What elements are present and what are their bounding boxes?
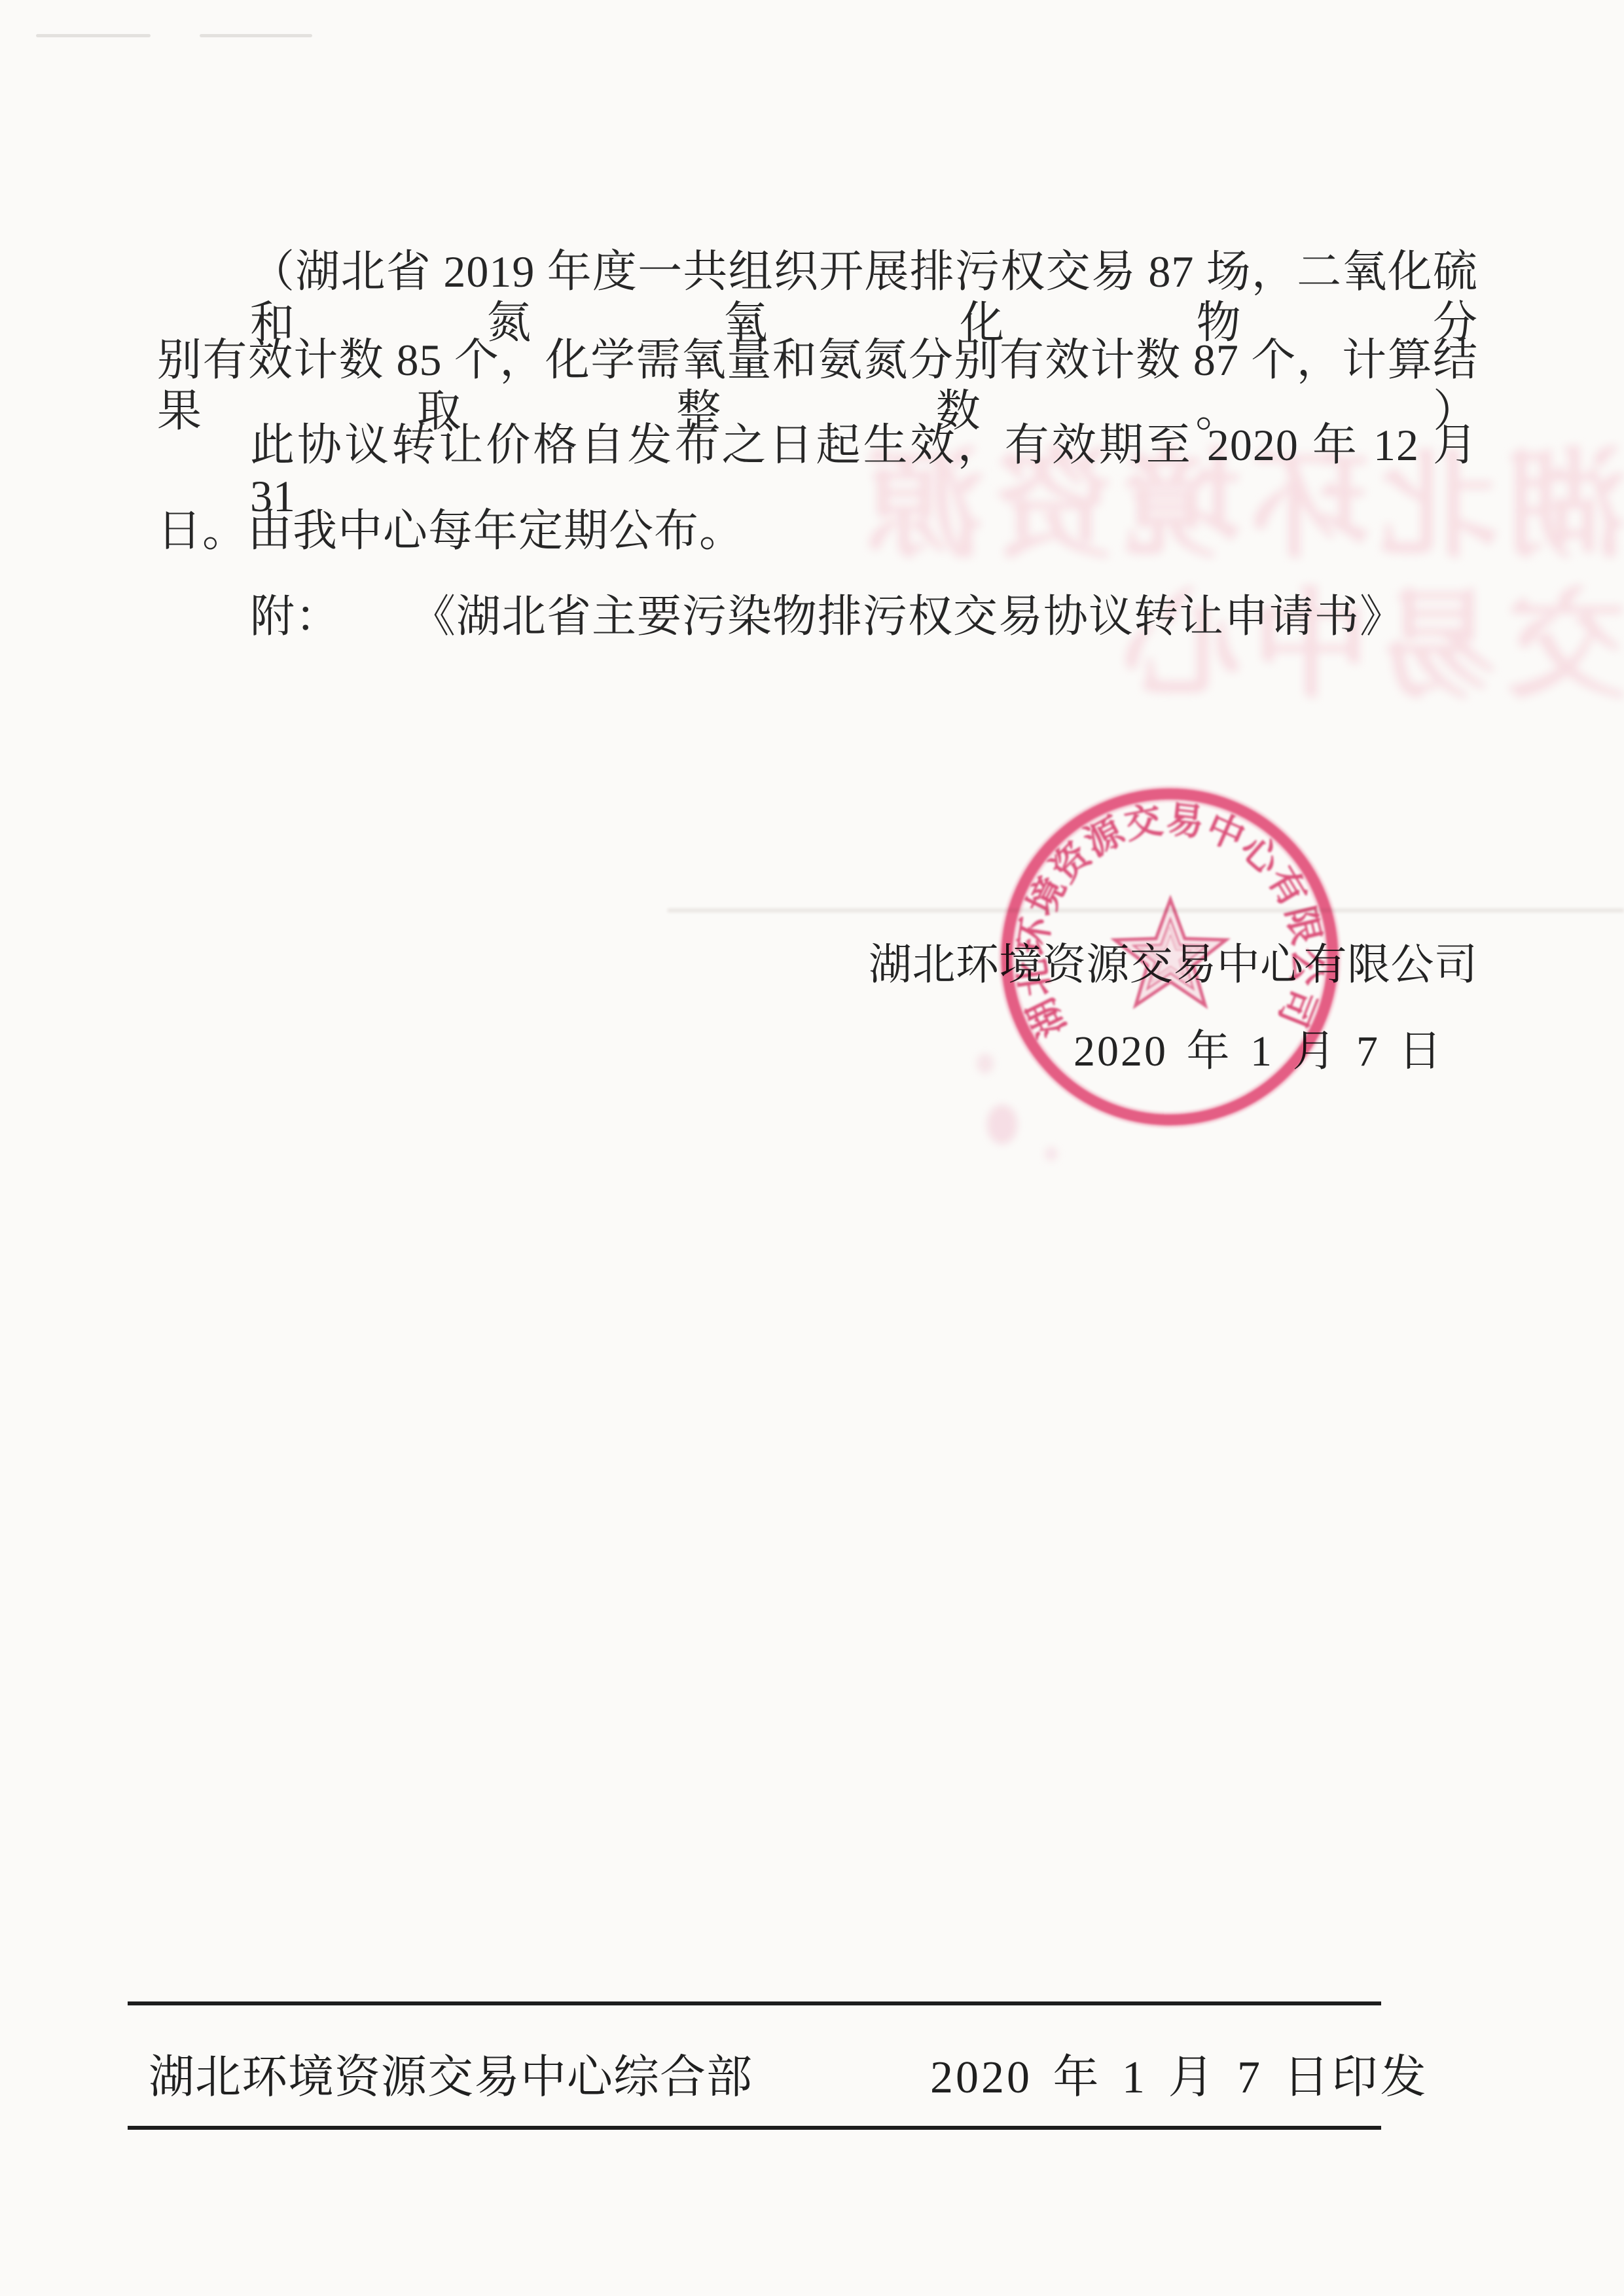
- scan-streak-artifact: [668, 908, 1624, 912]
- scanned-document-page: 湖北环境资源交易中心 （湖北省 2019 年度一共组织开展排污权交易 87 场，…: [0, 0, 1624, 2296]
- footer-bottom-rule: [128, 2126, 1381, 2130]
- footer-top-rule: [128, 2001, 1381, 2005]
- signature-date: 2020 年 1 月 7 日: [1074, 1016, 1444, 1078]
- attachment-line: 附：《湖北省主要污染物排污权交易协议转让申请书》: [250, 591, 1405, 642]
- seal-ink-smudge: [977, 1054, 994, 1073]
- footer-print-date: 2020 年 1 月 7 日印发: [930, 2040, 1429, 2106]
- seal-ink-smudge: [987, 1105, 1017, 1144]
- seal-ink-smudge: [1045, 1147, 1058, 1161]
- footer-issuing-department: 湖北环境资源交易中心综合部: [149, 2040, 753, 2106]
- body-paragraph-line-2: 日。由我中心每年定期公布。: [157, 505, 744, 556]
- scan-edge-artifact: [200, 34, 312, 37]
- signature-company-name: 湖北环境资源交易中心有限公司: [869, 929, 1477, 992]
- attachment-label: 附：: [250, 592, 340, 641]
- body-note-line-1: （湖北省 2019 年度一共组织开展排污权交易 87 场，二氧化硫和氮氧化物分: [250, 246, 1478, 348]
- scan-edge-artifact: [36, 34, 151, 37]
- seal-ring-text: 湖北环境资源交易中心有限公司: [1011, 799, 1327, 1043]
- attachment-title: 《湖北省主要污染物排污权交易协议转让申请书》: [433, 592, 1405, 641]
